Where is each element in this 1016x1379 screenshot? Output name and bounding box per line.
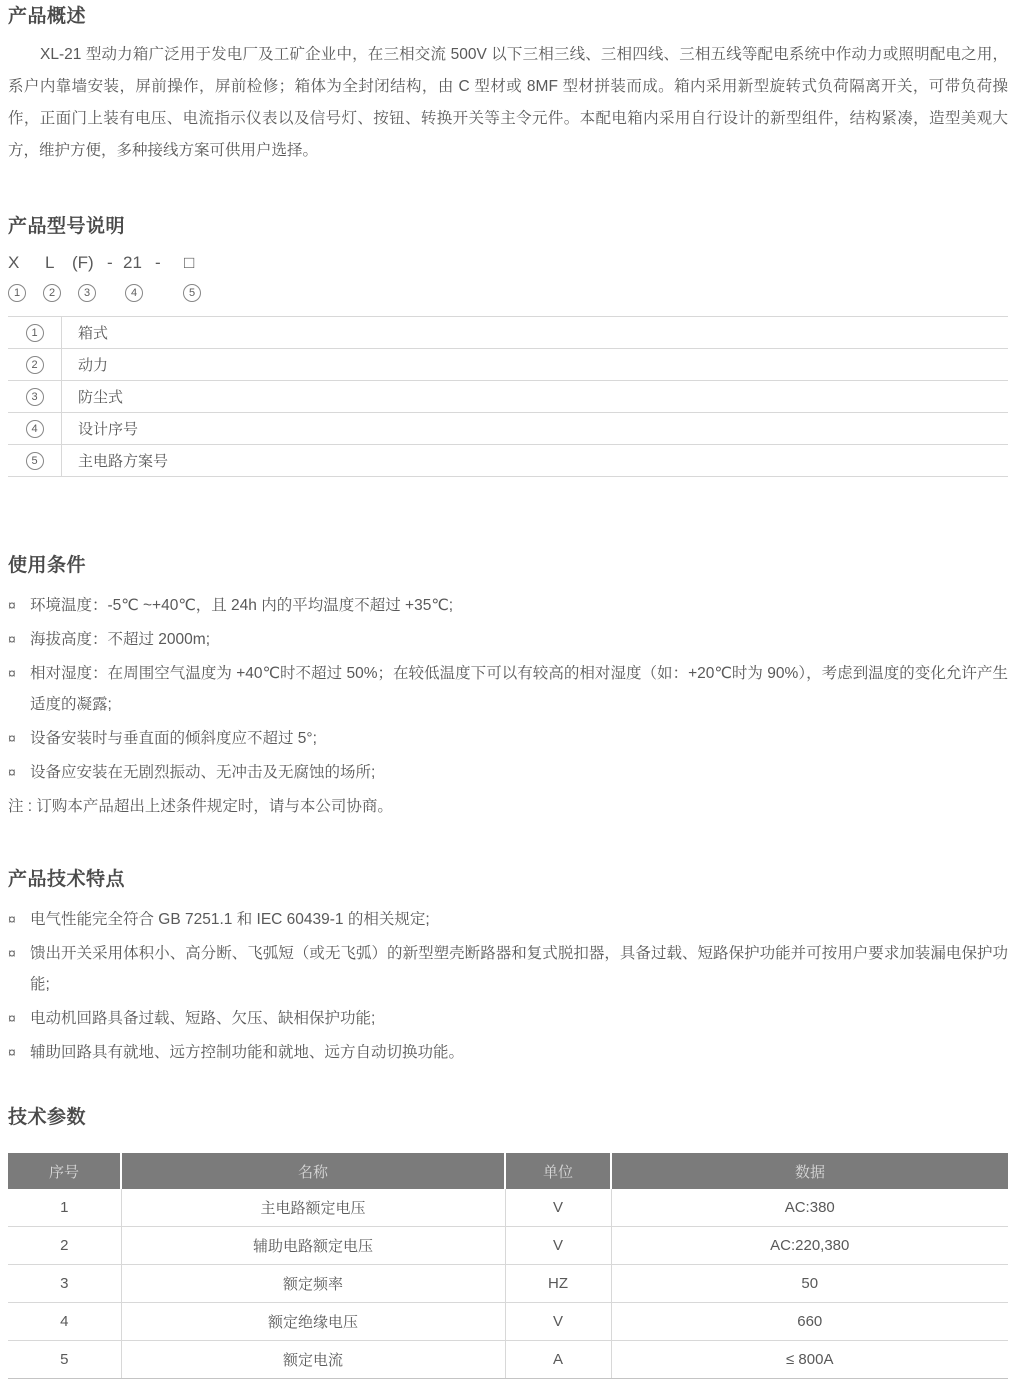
conditions-note: 注 : 订购本产品超出上述条件规定时，请与本公司协商。 [8, 791, 1008, 822]
model-code-part: L [45, 251, 54, 275]
parameters-table: 序号 名称 单位 数据 1 主电路额定电压 V AC:380 2 辅助电路额定电… [8, 1153, 1008, 1379]
circled-number-icon: 5 [26, 452, 44, 470]
bullet-icon: ¤ [8, 1003, 16, 1034]
condition-text: 相对湿度：在周围空气温度为 +40℃时不超过 50%；在较低温度下可以有较高的相… [30, 665, 1008, 713]
condition-text: 海拔高度：不超过 2000m; [30, 631, 210, 648]
feature-text: 电气性能完全符合 GB 7251.1 和 IEC 60439-1 的相关规定; [30, 911, 430, 928]
cell-name: 辅助电路额定电压 [121, 1227, 505, 1265]
table-row: 2 动力 [8, 349, 1008, 381]
cell-data: ≤ 800A [611, 1341, 1008, 1379]
table-row: 4 额定绝缘电压 V 660 [8, 1303, 1008, 1341]
cell-name: 额定频率 [121, 1265, 505, 1303]
list-item: ¤ 设备安装时与垂直面的倾斜度应不超过 5°; [8, 723, 1008, 754]
model-legend-label: 主电路方案号 [62, 445, 1009, 477]
condition-text: 设备安装时与垂直面的倾斜度应不超过 5°; [30, 730, 317, 747]
section-model-designation: 产品型号说明 X L (F) - 21 - □ 1 2 3 4 5 1 箱式 [8, 215, 1008, 477]
model-heading: 产品型号说明 [8, 215, 1008, 239]
bullet-icon: ¤ [8, 624, 16, 655]
bullet-icon: ¤ [8, 904, 16, 935]
features-heading: 产品技术特点 [8, 868, 1008, 892]
cell-unit: HZ [505, 1265, 611, 1303]
table-row: 3 防尘式 [8, 381, 1008, 413]
model-legend-label: 箱式 [62, 317, 1009, 349]
circled-number-icon: 1 [26, 324, 44, 342]
list-item: ¤ 电动机回路具备过载、短路、欠压、缺相保护功能; [8, 1003, 1008, 1034]
column-header-data: 数据 [611, 1153, 1008, 1189]
cell-data: AC:380 [611, 1189, 1008, 1227]
cell-name: 额定绝缘电压 [121, 1303, 505, 1341]
list-item: ¤ 相对湿度：在周围空气温度为 +40℃时不超过 50%；在较低温度下可以有较高… [8, 658, 1008, 720]
bullet-icon: ¤ [8, 590, 16, 621]
cell-data: 50 [611, 1265, 1008, 1303]
model-circle-row: 1 2 3 4 5 [8, 284, 1008, 304]
feature-text: 电动机回路具备过载、短路、欠压、缺相保护功能; [30, 1010, 375, 1027]
column-header-unit: 单位 [505, 1153, 611, 1189]
cell-seq: 3 [8, 1265, 121, 1303]
model-code-part: X [8, 251, 19, 275]
model-legend-label: 动力 [62, 349, 1009, 381]
model-legend-table: 1 箱式 2 动力 3 防尘式 4 设计序号 5 主电路方案号 [8, 316, 1008, 477]
list-item: ¤ 海拔高度：不超过 2000m; [8, 624, 1008, 655]
table-row: 3 额定频率 HZ 50 [8, 1265, 1008, 1303]
cell-name: 额定电流 [121, 1341, 505, 1379]
section-technical-parameters: 技术参数 序号 名称 单位 数据 1 主电路额定电压 V AC:380 [8, 1106, 1008, 1379]
features-list: ¤ 电气性能完全符合 GB 7251.1 和 IEC 60439-1 的相关规定… [8, 904, 1008, 1068]
model-code-part: - [155, 251, 161, 275]
product-datasheet-page: 产品概述 XL-21 型动力箱广泛用于发电厂及工矿企业中，在三相交流 500V … [0, 0, 1016, 1379]
condition-text: 环境温度：-5℃ ~+40℃，且 24h 内的平均温度不超过 +35℃; [30, 597, 453, 614]
table-row: 4 设计序号 [8, 413, 1008, 445]
cell-unit: A [505, 1341, 611, 1379]
circled-number-icon: 2 [43, 284, 61, 302]
table-row: 5 额定电流 A ≤ 800A [8, 1341, 1008, 1379]
model-code-part: - [107, 251, 113, 275]
bullet-icon: ¤ [8, 658, 16, 689]
circled-number-icon: 3 [78, 284, 96, 302]
condition-text: 设备应安装在无剧烈振动、无冲击及无腐蚀的场所; [30, 764, 375, 781]
section-overview: 产品概述 XL-21 型动力箱广泛用于发电厂及工矿企业中，在三相交流 500V … [8, 5, 1008, 167]
section-technical-features: 产品技术特点 ¤ 电气性能完全符合 GB 7251.1 和 IEC 60439-… [8, 868, 1008, 1068]
model-legend-label: 设计序号 [62, 413, 1009, 445]
table-header-row: 序号 名称 单位 数据 [8, 1153, 1008, 1189]
cell-unit: V [505, 1303, 611, 1341]
circled-number-icon: 5 [183, 284, 201, 302]
cell-seq: 5 [8, 1341, 121, 1379]
cell-data: 660 [611, 1303, 1008, 1341]
cell-name: 主电路额定电压 [121, 1189, 505, 1227]
list-item: ¤ 电气性能完全符合 GB 7251.1 和 IEC 60439-1 的相关规定… [8, 904, 1008, 935]
column-header-seq: 序号 [8, 1153, 121, 1189]
bullet-icon: ¤ [8, 757, 16, 788]
model-code-row: X L (F) - 21 - □ [8, 251, 1008, 275]
bullet-icon: ¤ [8, 1037, 16, 1068]
conditions-list: ¤ 环境温度：-5℃ ~+40℃，且 24h 内的平均温度不超过 +35℃; ¤… [8, 590, 1008, 788]
model-legend-label: 防尘式 [62, 381, 1009, 413]
list-item: ¤ 设备应安装在无剧烈振动、无冲击及无腐蚀的场所; [8, 757, 1008, 788]
feature-text: 馈出开关采用体积小、高分断、飞弧短（或无飞弧）的新型塑壳断路器和复式脱扣器，具备… [30, 945, 1008, 993]
overview-paragraph: XL-21 型动力箱广泛用于发电厂及工矿企业中，在三相交流 500V 以下三相三… [8, 39, 1008, 167]
circled-number-icon: 3 [26, 388, 44, 406]
circled-number-icon: 2 [26, 356, 44, 374]
feature-text: 辅助回路具有就地、远方控制功能和就地、远方自动切换功能。 [30, 1044, 464, 1061]
cell-data: AC:220,380 [611, 1227, 1008, 1265]
overview-heading: 产品概述 [8, 5, 1008, 29]
section-usage-conditions: 使用条件 ¤ 环境温度：-5℃ ~+40℃，且 24h 内的平均温度不超过 +3… [8, 554, 1008, 822]
model-blank-square-icon: □ [184, 251, 194, 275]
cell-seq: 2 [8, 1227, 121, 1265]
circled-number-icon: 4 [125, 284, 143, 302]
column-header-name: 名称 [121, 1153, 505, 1189]
table-row: 5 主电路方案号 [8, 445, 1008, 477]
circled-number-icon: 4 [26, 420, 44, 438]
list-item: ¤ 馈出开关采用体积小、高分断、飞弧短（或无飞弧）的新型塑壳断路器和复式脱扣器，… [8, 938, 1008, 1000]
table-row: 1 箱式 [8, 317, 1008, 349]
conditions-heading: 使用条件 [8, 554, 1008, 578]
cell-seq: 4 [8, 1303, 121, 1341]
cell-unit: V [505, 1189, 611, 1227]
model-code-part: 21 [123, 251, 142, 275]
list-item: ¤ 辅助回路具有就地、远方控制功能和就地、远方自动切换功能。 [8, 1037, 1008, 1068]
cell-seq: 1 [8, 1189, 121, 1227]
cell-unit: V [505, 1227, 611, 1265]
bullet-icon: ¤ [8, 723, 16, 754]
table-row: 1 主电路额定电压 V AC:380 [8, 1189, 1008, 1227]
list-item: ¤ 环境温度：-5℃ ~+40℃，且 24h 内的平均温度不超过 +35℃; [8, 590, 1008, 621]
params-heading: 技术参数 [8, 1106, 1008, 1130]
bullet-icon: ¤ [8, 938, 16, 969]
table-row: 2 辅助电路额定电压 V AC:220,380 [8, 1227, 1008, 1265]
model-code-part: (F) [72, 251, 94, 275]
circled-number-icon: 1 [8, 284, 26, 302]
